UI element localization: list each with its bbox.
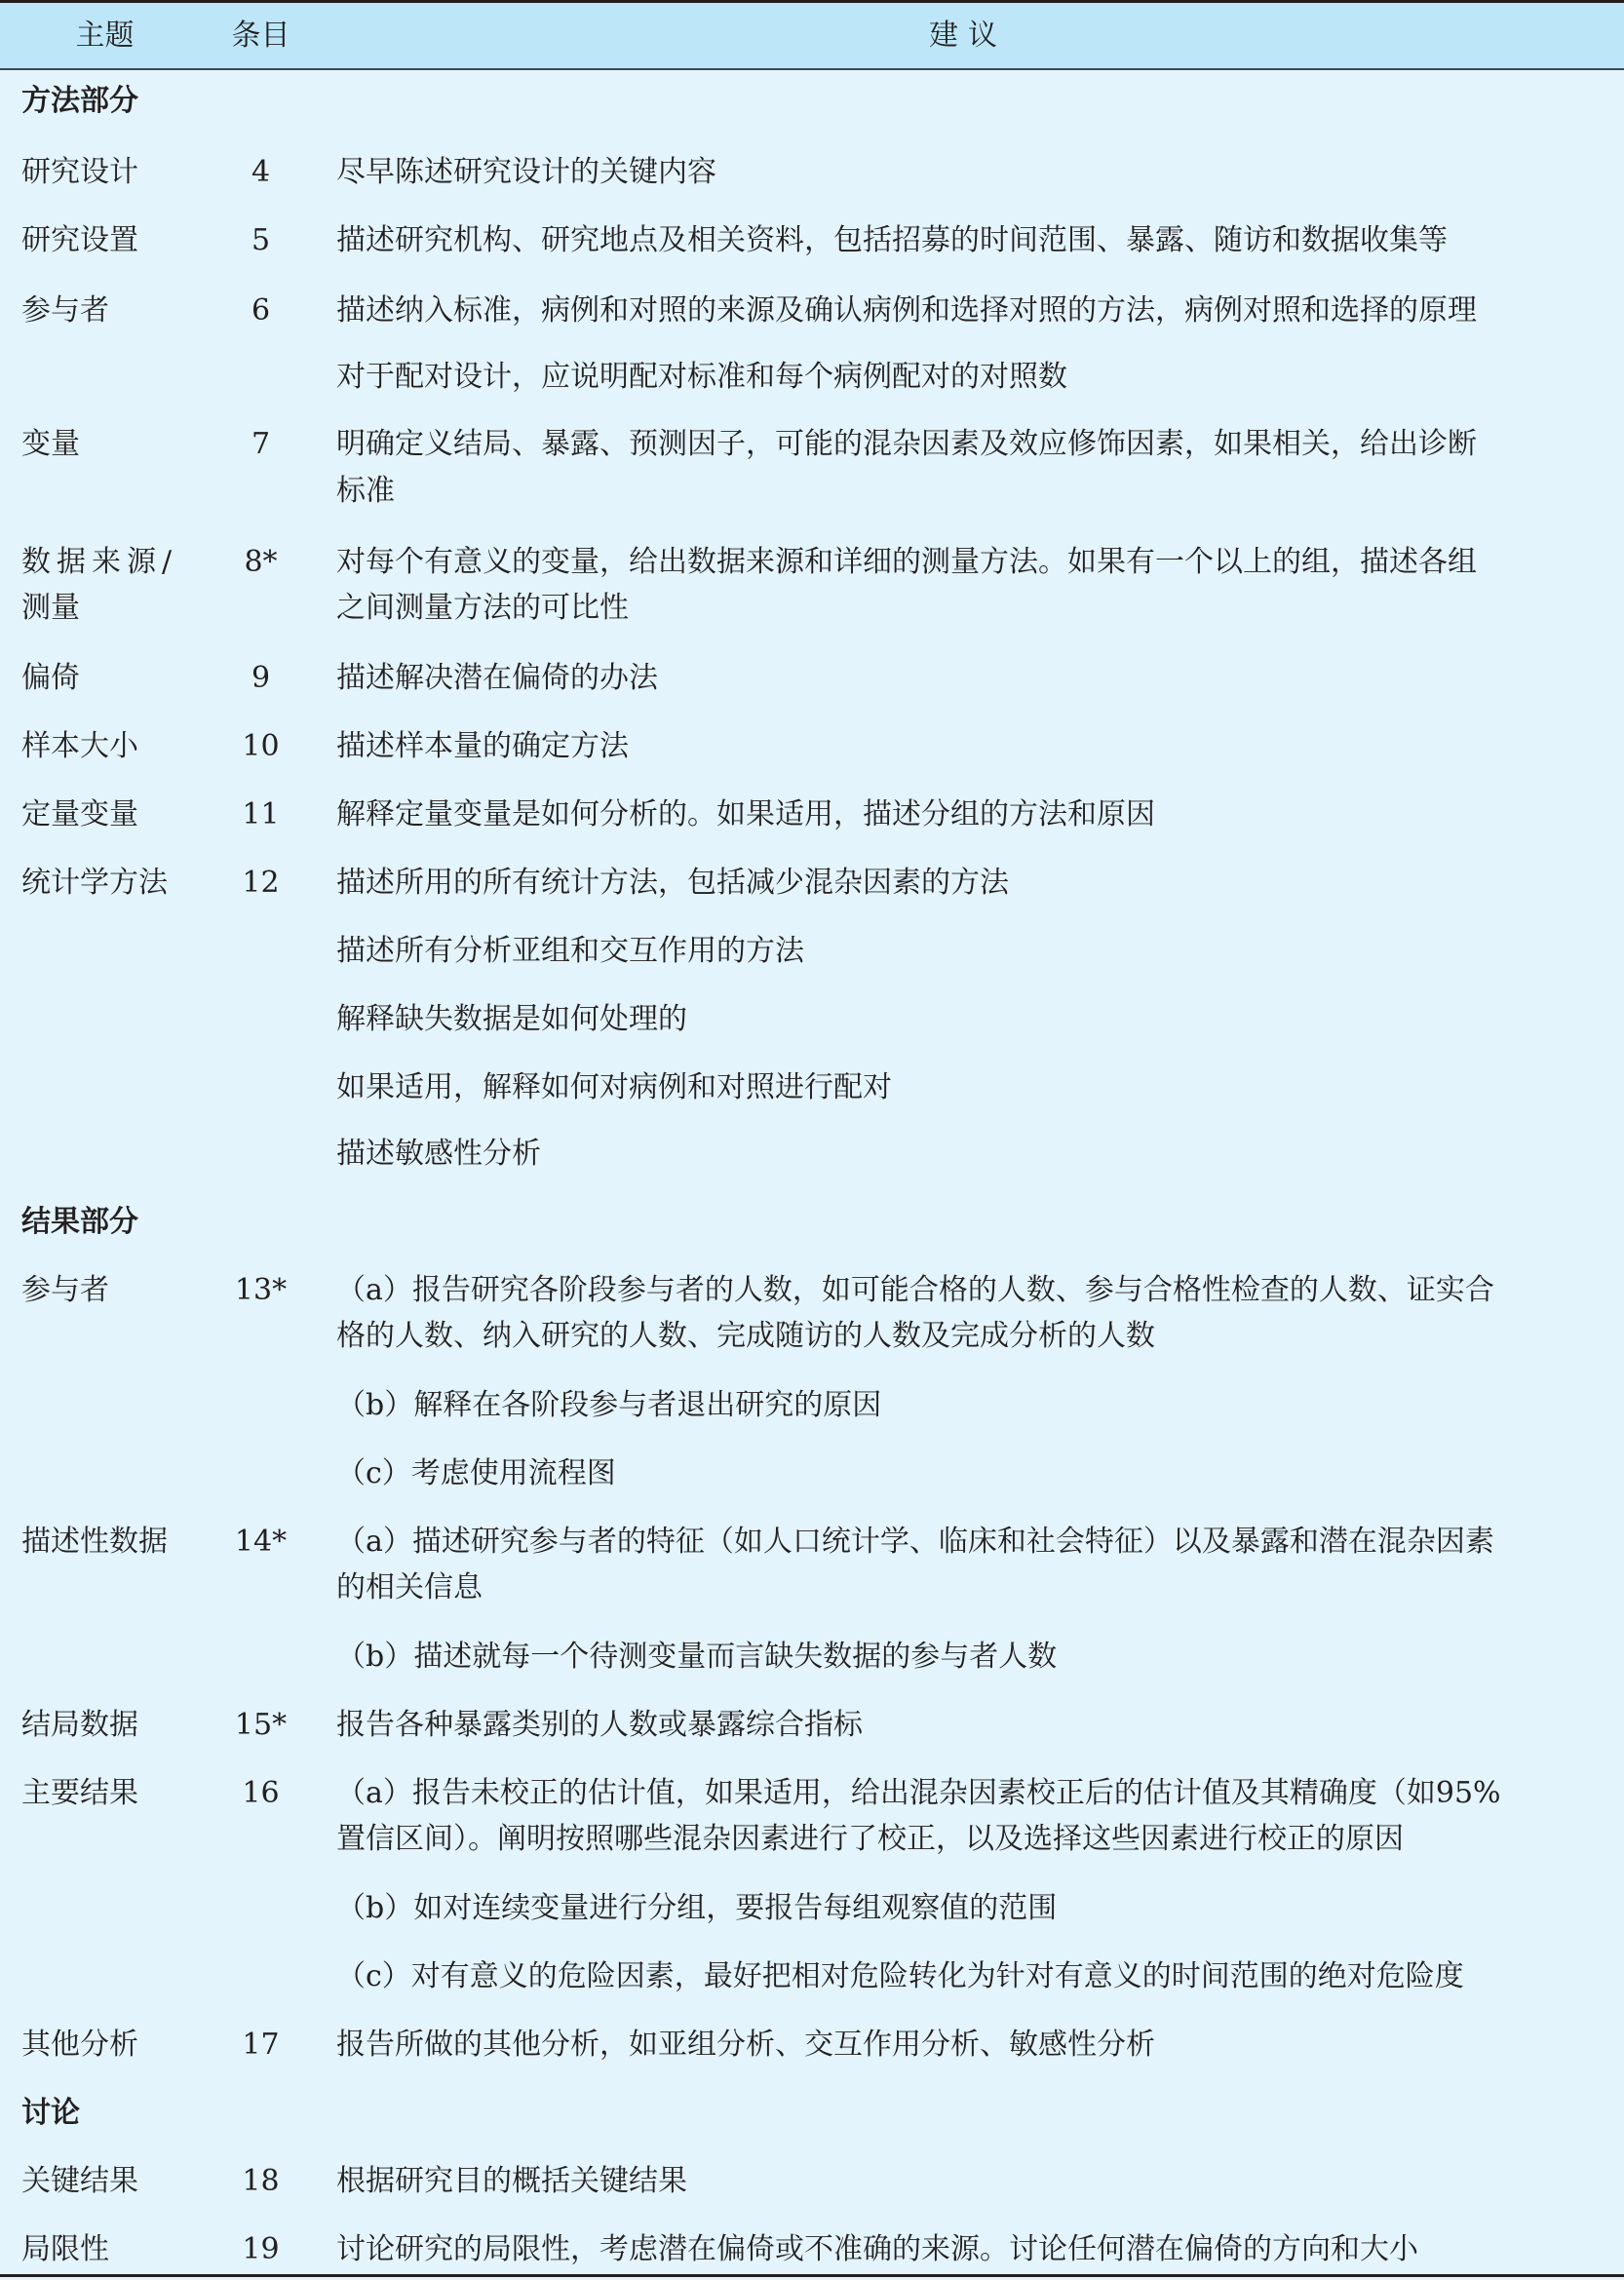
header-recommendation: 建议 <box>312 3 1624 68</box>
row-item: 9 <box>210 655 312 702</box>
row-recommendation: 之间测量方法的可比性 <box>336 585 1608 632</box>
header-topic: 主题 <box>0 3 210 68</box>
row-recommendation: 解释缺失数据是如何处理的 <box>336 996 1608 1043</box>
row-topic: 偏倚 <box>21 655 216 702</box>
row-recommendation: 报告所做的其他分析，如亚组分析、交互作用分析、敏感性分析 <box>336 2022 1608 2068</box>
row-topic: 研究设计 <box>21 149 216 196</box>
row-recommendation: 讨论研究的局限性，考虑潜在偏倚或不准确的来源。讨论任何潜在偏倚的方向和大小 <box>336 2226 1608 2273</box>
row-topic: 统计学方法 <box>21 860 216 907</box>
row-recommendation: （b）如对连续变量进行分组，要报告每组观察值的范围 <box>336 1885 1608 1932</box>
table-header: 主题 条目 建议 <box>0 3 1624 70</box>
row-topic: 局限性 <box>21 2226 216 2273</box>
row-item: 16 <box>210 1770 312 1817</box>
section-methods: 方法部分 <box>21 78 138 125</box>
row-recommendation: 对于配对设计，应说明配对标准和每个病例配对的对照数 <box>336 354 1608 401</box>
row-recommendation: 根据研究目的概括关键结果 <box>336 2158 1608 2205</box>
row-topic: 参与者 <box>21 1267 216 1314</box>
row-recommendation: （b）描述就每一个待测变量而言缺失数据的参与者人数 <box>336 1634 1608 1681</box>
row-recommendation: 描述样本量的确定方法 <box>336 723 1608 770</box>
row-recommendation: （a）报告未校正的估计值，如果适用，给出混杂因素校正后的估计值及其精确度（如95… <box>336 1770 1608 1817</box>
row-topic: 定量变量 <box>21 792 216 838</box>
row-topic: 描述性数据 <box>21 1519 216 1565</box>
row-recommendation: 如果适用，解释如何对病例和对照进行配对 <box>336 1064 1608 1111</box>
row-topic: 结局数据 <box>21 1702 216 1749</box>
row-recommendation: 尽早陈述研究设计的关键内容 <box>336 149 1608 196</box>
row-recommendation: 描述所有分析亚组和交互作用的方法 <box>336 928 1608 975</box>
section-discussion: 讨论 <box>21 2090 80 2137</box>
row-topic: 其他分析 <box>21 2022 216 2068</box>
row-item: 10 <box>210 723 312 770</box>
header-item: 条目 <box>210 3 312 68</box>
row-recommendation: 描述敏感性分析 <box>336 1131 1608 1178</box>
row-item: 4 <box>210 149 312 196</box>
row-recommendation: 明确定义结局、暴露、预测因子，可能的混杂因素及效应修饰因素，如果相关，给出诊断 <box>336 421 1608 468</box>
row-recommendation: （b）解释在各阶段参与者退出研究的原因 <box>336 1382 1608 1429</box>
row-item: 14* <box>210 1519 312 1565</box>
row-item: 12 <box>210 860 312 907</box>
row-recommendation: 解释定量变量是如何分析的。如果适用，描述分组的方法和原因 <box>336 792 1608 838</box>
row-item: 11 <box>210 792 312 838</box>
row-recommendation: 置信区间）。阐明按照哪些混杂因素进行了校正，以及选择这些因素进行校正的原因 <box>336 1816 1608 1863</box>
row-item: 6 <box>210 288 312 334</box>
row-item: 8* <box>210 539 312 586</box>
row-item: 18 <box>210 2158 312 2205</box>
row-recommendation: （a）报告研究各阶段参与者的人数，如可能合格的人数、参与合格性检查的人数、证实合 <box>336 1267 1608 1314</box>
row-recommendation: （a）描述研究参与者的特征（如人口统计学、临床和社会特征）以及暴露和潜在混杂因素 <box>336 1519 1608 1565</box>
row-recommendation: 描述解决潜在偏倚的办法 <box>336 655 1608 702</box>
row-recommendation: （c）对有意义的危险因素，最好把相对危险转化为针对有意义的时间范围的绝对危险度 <box>336 1953 1608 2000</box>
row-topic: 研究设置 <box>21 217 216 264</box>
row-recommendation: 的相关信息 <box>336 1565 1608 1611</box>
row-topic: 参与者 <box>21 288 216 334</box>
row-topic: 变量 <box>21 421 216 468</box>
section-results: 结果部分 <box>21 1199 138 1246</box>
row-recommendation: 报告各种暴露类别的人数或暴露综合指标 <box>336 1702 1608 1749</box>
row-item: 19 <box>210 2226 312 2273</box>
checklist-table: 主题 条目 建议 方法部分 研究设计 4 尽早陈述研究设计的关键内容 研究设置 … <box>0 0 1624 2280</box>
row-recommendation: 描述研究机构、研究地点及相关资料，包括招募的时间范围、暴露、随访和数据收集等 <box>336 217 1608 264</box>
row-item: 13* <box>210 1267 312 1314</box>
row-recommendation: （c）考虑使用流程图 <box>336 1450 1608 1497</box>
bottom-rule <box>0 2274 1624 2277</box>
row-topic: 样本大小 <box>21 723 216 770</box>
row-recommendation: 描述所用的所有统计方法，包括减少混杂因素的方法 <box>336 860 1608 907</box>
row-topic: 数据来源/ <box>21 539 216 586</box>
row-topic: 主要结果 <box>21 1770 216 1817</box>
row-recommendation: 格的人数、纳入研究的人数、完成随访的人数及完成分析的人数 <box>336 1313 1608 1360</box>
row-topic: 测量 <box>21 585 216 632</box>
row-item: 17 <box>210 2022 312 2068</box>
row-topic: 关键结果 <box>21 2158 216 2205</box>
row-item: 15* <box>210 1702 312 1749</box>
row-item: 7 <box>210 421 312 468</box>
row-item: 5 <box>210 217 312 264</box>
row-recommendation: 描述纳入标准，病例和对照的来源及确认病例和选择对照的方法，病例对照和选择的原理 <box>336 288 1608 334</box>
row-recommendation: 对每个有意义的变量，给出数据来源和详细的测量方法。如果有一个以上的组，描述各组 <box>336 539 1608 586</box>
row-recommendation: 标准 <box>336 468 1608 515</box>
